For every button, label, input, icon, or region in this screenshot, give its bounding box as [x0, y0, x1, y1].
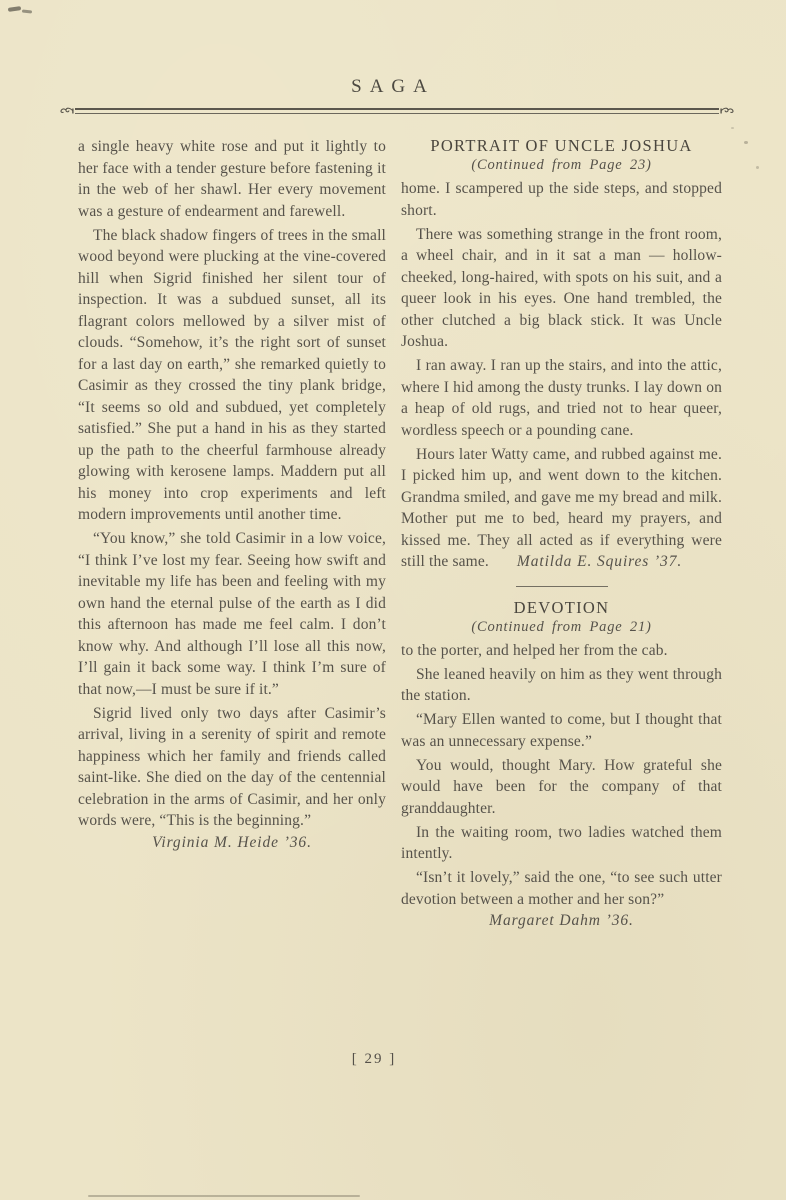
- right-column: PORTRAIT OF UNCLE JOSHUA (Continued from…: [401, 136, 722, 930]
- continued-from-note: (Continued from Page 21): [401, 619, 722, 636]
- page-number: [ 29 ]: [0, 1051, 748, 1068]
- scan-artifact: [744, 141, 748, 144]
- paragraph: The black shadow fingers of trees in the…: [78, 225, 386, 526]
- article-devotion: DEVOTION (Continued from Page 21) to the…: [401, 598, 722, 931]
- paragraph: You would, thought Mary. How grateful sh…: [401, 755, 722, 820]
- paragraph: to the porter, and helped her from the c…: [401, 640, 722, 662]
- byline: Virginia M. Heide ’36.: [78, 834, 386, 852]
- article-portrait-of-uncle-joshua: PORTRAIT OF UNCLE JOSHUA (Continued from…: [401, 136, 722, 573]
- paragraph: She leaned heavily on him as they went t…: [401, 664, 722, 707]
- masthead-title: SAGA: [0, 76, 786, 98]
- paragraph: “Isn’t it lovely,” said the one, “to see…: [401, 867, 722, 910]
- paragraph: Hours later Watty came, and rubbed again…: [401, 444, 722, 573]
- continued-from-note: (Continued from Page 23): [401, 157, 722, 174]
- scanned-yearbook-page: SAGA a single heavy white rose and put i…: [0, 0, 786, 1200]
- header-rule: [60, 106, 734, 116]
- rule-line: [75, 108, 719, 114]
- byline: Margaret Dahm ’36.: [401, 912, 722, 930]
- scroll-ornament-left-icon: [60, 106, 74, 116]
- paragraph: a single heavy white rose and put it lig…: [78, 136, 386, 222]
- paragraph: home. I scampered up the side steps, and…: [401, 178, 722, 221]
- scan-artifact: [22, 9, 32, 13]
- paragraph: I ran away. I ran up the stairs, and int…: [401, 355, 722, 441]
- left-column: a single heavy white rose and put it lig…: [78, 136, 386, 930]
- paragraph: “Mary Ellen wanted to come, but I though…: [401, 709, 722, 752]
- article-divider: [516, 586, 608, 587]
- page-body: a single heavy white rose and put it lig…: [78, 136, 722, 930]
- scan-artifact: [731, 127, 734, 129]
- paragraph: In the waiting room, two ladies watched …: [401, 822, 722, 865]
- paragraph: “You know,” she told Casimir in a low vo…: [78, 528, 386, 700]
- paragraph: There was something strange in the front…: [401, 224, 722, 353]
- article-title: PORTRAIT OF UNCLE JOSHUA: [401, 136, 722, 156]
- paragraph-text: Hours later Watty came, and rubbed again…: [401, 446, 722, 571]
- article-title: DEVOTION: [401, 598, 722, 618]
- scan-artifact: [756, 166, 759, 169]
- byline: Matilda E. Squires ’37.: [517, 553, 682, 570]
- scan-artifact: [88, 1195, 360, 1197]
- scroll-ornament-right-icon: [720, 106, 734, 116]
- paragraph: Sigrid lived only two days after Casimir…: [78, 703, 386, 832]
- scan-artifact: [8, 6, 21, 12]
